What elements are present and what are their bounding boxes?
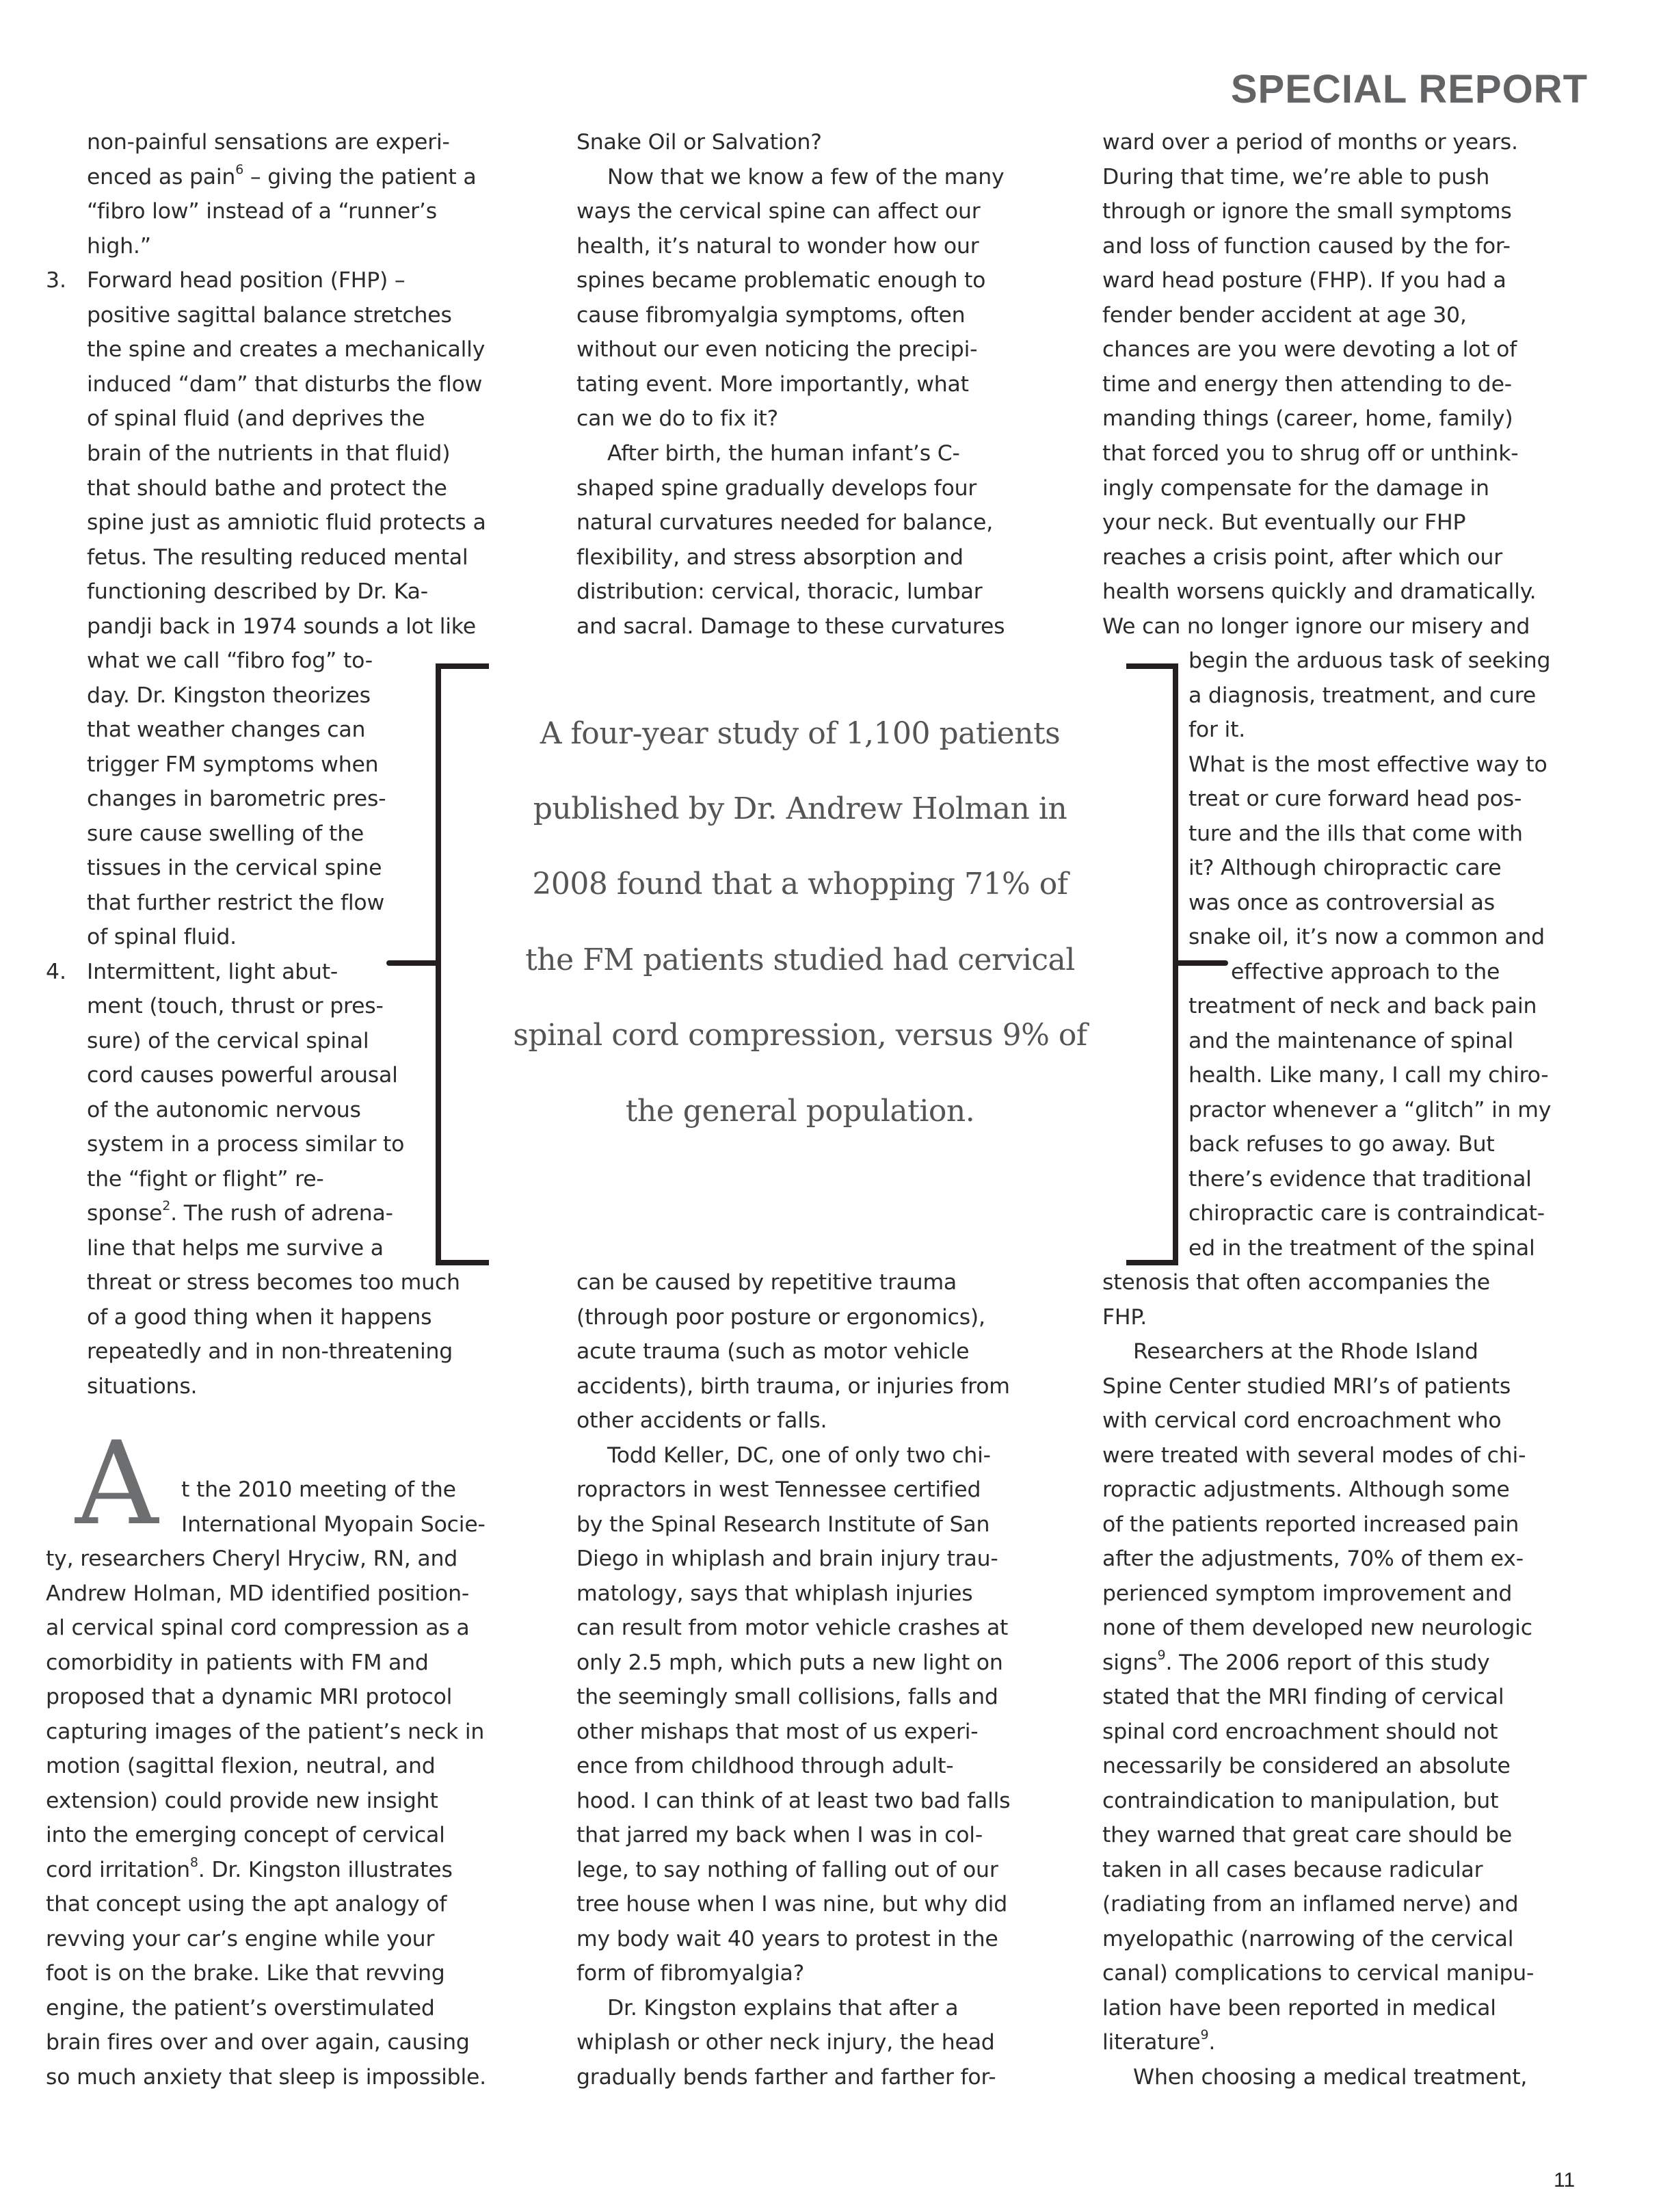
pull-quote-line: the general population. [479, 1091, 1121, 1132]
text-line: other mishaps that most of us experi- [576, 1715, 978, 1749]
text-line: capturing images of the patient’s neck i… [46, 1715, 484, 1749]
text-fragment: – giving the patient a [243, 165, 476, 189]
text-line: Intermittent, light abut- [87, 955, 338, 989]
text-line: During that time, we’re able to push [1102, 160, 1489, 194]
text-line: pandji back in 1974 sounds a lot like [87, 609, 476, 644]
text-line: shaped spine gradually develops four [576, 471, 976, 505]
text-line: that should bathe and protect the [87, 471, 447, 505]
text-line: form of fibromyalgia? [576, 1956, 804, 1990]
text-line: your neck. But eventually our FHP [1102, 505, 1465, 540]
text-line: effective approach to the [1231, 955, 1500, 989]
text-line: enced as pain6 – giving the patient a [87, 160, 477, 194]
text-line: literature9. [1102, 2025, 1215, 2059]
text-line: motion (sagittal flexion, neutral, and [46, 1749, 436, 1783]
left-bracket-top [436, 663, 489, 669]
text-line: Andrew Holman, MD identified position- [46, 1577, 469, 1611]
text-line: system in a process similar to [87, 1127, 404, 1161]
text-line: hood. I can think of at least two bad fa… [576, 1784, 1010, 1818]
text-line: after the adjustments, 70% of them ex- [1102, 1542, 1524, 1576]
text-line: back refuses to go away. But [1188, 1127, 1495, 1161]
text-line: other accidents or falls. [576, 1404, 827, 1438]
text-line: Dr. Kingston explains that after a [607, 1991, 958, 2025]
text-line: health worsens quickly and dramatically. [1102, 575, 1536, 609]
text-line: After birth, the human infant’s C- [607, 436, 960, 471]
text-line: reaches a crisis point, after which our [1102, 540, 1502, 575]
text-fragment: cord irritation [46, 1858, 190, 1882]
text-line: treat or cure forward head pos- [1188, 782, 1522, 816]
text-line: stenosis that often accompanies the [1102, 1265, 1490, 1300]
text-fragment: enced as pain [87, 165, 235, 189]
text-line: stated that the MRI finding of cervical [1102, 1680, 1504, 1714]
right-bracket-bottom [1126, 1260, 1178, 1265]
text-line: chiropractic care is contraindicat- [1188, 1196, 1545, 1230]
text-line: they warned that great care should be [1102, 1818, 1512, 1852]
text-line: (radiating from an inflamed nerve) and [1102, 1887, 1518, 1921]
text-line: functioning described by Dr. Ka- [87, 575, 428, 609]
text-line: When choosing a medical treatment, [1133, 2060, 1527, 2094]
text-line: brain fires over and over again, causing [46, 2025, 470, 2059]
text-line: ingly compensate for the damage in [1102, 471, 1489, 505]
right-bracket-tick [1176, 960, 1228, 966]
section-header: SPECIAL REPORT [1231, 67, 1588, 112]
text-line: that weather changes can [87, 713, 365, 747]
text-line: the “fight or flight” re- [87, 1162, 324, 1196]
text-line: FHP. [1102, 1300, 1147, 1334]
text-line: trigger FM symptoms when [87, 748, 378, 782]
text-line: it? Although chiropractic care [1188, 851, 1502, 885]
text-line: revving your car’s engine while your [46, 1922, 434, 1956]
text-line: that forced you to shrug off or unthink- [1102, 436, 1518, 471]
left-bracket-bottom [436, 1260, 489, 1265]
text-line: tissues in the cervical spine [87, 851, 382, 885]
text-line: Researchers at the Rhode Island [1133, 1334, 1478, 1369]
text-fragment: signs [1102, 1650, 1158, 1675]
text-line: a diagnosis, treatment, and cure [1188, 679, 1536, 713]
text-fragment: . The rush of adrena- [170, 1201, 393, 1226]
text-line: ment (touch, thrust or pres- [87, 989, 384, 1023]
text-line: gradually bends farther and farther for- [576, 2060, 996, 2094]
text-line: Forward head position (FHP) – [87, 263, 405, 298]
text-line: extension) could provide new insight [46, 1784, 438, 1818]
text-line: time and energy then attending to de- [1102, 367, 1512, 401]
text-line: chances are you were devoting a lot of [1102, 332, 1517, 367]
text-line: ward over a period of months or years. [1102, 125, 1518, 159]
text-line: ward head posture (FHP). If you had a [1102, 263, 1506, 298]
text-line: of spinal fluid (and deprives the [87, 401, 425, 436]
text-line: “fibro low” instead of a “runner’s [87, 194, 437, 228]
list-number: 3. [46, 263, 66, 298]
text-line: engine, the patient’s overstimulated [46, 1991, 435, 2025]
text-line: and sacral. Damage to these curvatures [576, 609, 1005, 644]
text-line: ropractic adjustments. Although some [1102, 1473, 1510, 1507]
text-line: proposed that a dynamic MRI protocol [46, 1680, 452, 1714]
pull-quote-line: 2008 found that a whopping 71% of [479, 864, 1121, 905]
text-line: contraindication to manipulation, but [1102, 1784, 1498, 1818]
text-line: day. Dr. Kingston theorizes [87, 679, 371, 713]
text-line: into the emerging concept of cervical [46, 1818, 445, 1852]
text-line: situations. [87, 1369, 197, 1404]
text-line: threat or stress becomes too much [87, 1265, 460, 1300]
text-line: so much anxiety that sleep is impossible… [46, 2060, 486, 2094]
drop-cap: A [75, 1426, 158, 1541]
text-line: can be caused by repetitive trauma [576, 1265, 957, 1300]
text-line: tree house when I was nine, but why did [576, 1887, 1007, 1921]
text-line: begin the arduous task of seeking [1188, 644, 1550, 678]
footnote-ref: 6 [235, 162, 243, 177]
text-line: and loss of function caused by the for- [1102, 229, 1511, 263]
right-bracket-top [1126, 663, 1178, 669]
text-line: We can no longer ignore our misery and [1102, 609, 1530, 644]
text-line: health. Like many, I call my chiro- [1188, 1058, 1548, 1092]
text-line: for it. [1188, 713, 1245, 747]
text-line: ty, researchers Cheryl Hryciw, RN, and [46, 1542, 457, 1576]
text-line: ed in the treatment of the spinal [1188, 1231, 1535, 1265]
pull-quote-line: spinal cord compression, versus 9% of [479, 1015, 1121, 1056]
text-line: (through poor posture or ergonomics), [576, 1300, 985, 1334]
pull-quote-line: published by Dr. Andrew Holman in [479, 789, 1121, 830]
text-line: perienced symptom improvement and [1102, 1577, 1512, 1611]
text-line: that concept using the apt analogy of [46, 1887, 447, 1921]
text-line: accidents), birth trauma, or injuries fr… [576, 1369, 1010, 1404]
text-line: induced “dam” that disturbs the flow [87, 367, 482, 401]
text-line: Diego in whiplash and brain injury trau- [576, 1542, 998, 1576]
text-line: al cervical spinal cord compression as a [46, 1611, 469, 1645]
text-line: and the maintenance of spinal [1188, 1024, 1513, 1058]
list-number: 4. [46, 955, 66, 989]
text-line: spine just as amniotic fluid protects a [87, 505, 486, 540]
text-line: my body wait 40 years to protest in the [576, 1922, 998, 1956]
section-subheading: Snake Oil or Salvation? [576, 125, 822, 159]
text-line: with cervical cord encroachment who [1102, 1404, 1501, 1438]
text-line: t the 2010 meeting of the [181, 1473, 456, 1507]
text-fragment: . The 2006 report of this study [1165, 1650, 1489, 1675]
text-line: comorbidity in patients with FM and [46, 1646, 429, 1680]
text-line: myelopathic (narrowing of the cervical [1102, 1922, 1513, 1956]
text-line: ence from childhood through adult- [576, 1749, 953, 1783]
text-line: spinal cord encroachment should not [1102, 1715, 1498, 1749]
text-line: sure cause swelling of the [87, 817, 364, 851]
text-line: ture and the ills that come with [1188, 817, 1523, 851]
text-line: What is the most effective way to [1188, 748, 1547, 782]
text-line: line that helps me survive a [87, 1231, 384, 1265]
left-bracket-tick [386, 960, 440, 966]
pull-quote-line: A four-year study of 1,100 patients [479, 713, 1121, 754]
text-line: cord causes powerful arousal [87, 1058, 398, 1092]
text-line: by the Spinal Research Institute of San [576, 1507, 989, 1542]
text-line: changes in barometric pres- [87, 782, 386, 816]
text-line: spines became problematic enough to [576, 263, 985, 298]
text-line: the seemingly small collisions, falls an… [576, 1680, 998, 1714]
footnote-ref: 9 [1200, 2027, 1208, 2042]
text-line: brain of the nutrients in that fluid) [87, 436, 450, 471]
text-line: snake oil, it’s now a common and [1188, 920, 1545, 954]
text-line: signs9. The 2006 report of this study [1102, 1646, 1490, 1680]
text-line: canal) complications to cervical manipu- [1102, 1956, 1534, 1990]
text-fragment: literature [1102, 2030, 1200, 2055]
text-line: International Myopain Socie- [181, 1507, 486, 1542]
text-line: sponse2. The rush of adrena- [87, 1196, 393, 1230]
text-line: of spinal fluid. [87, 920, 237, 954]
text-line: fetus. The resulting reduced mental [87, 540, 468, 575]
text-line: through or ignore the small symptoms [1102, 194, 1512, 228]
text-line: Todd Keller, DC, one of only two chi- [607, 1438, 991, 1473]
text-line: lation have been reported in medical [1102, 1991, 1496, 2025]
pull-quote-line: the FM patients studied had cervical [479, 940, 1121, 981]
text-line: necessarily be considered an absolute [1102, 1749, 1511, 1783]
text-line: non-painful sensations are experi- [87, 125, 450, 159]
text-line: treatment of neck and back pain [1188, 989, 1537, 1023]
text-line: Spine Center studied MRI’s of patients [1102, 1369, 1511, 1404]
text-line: can we do to fix it? [576, 401, 778, 436]
text-line: health, it’s natural to wonder how our [576, 229, 979, 263]
text-line: matology, says that whiplash injuries [576, 1577, 973, 1611]
text-line: acute trauma (such as motor vehicle [576, 1334, 969, 1369]
text-fragment: . Dr. Kingston illustrates [198, 1858, 453, 1882]
text-line: that jarred my back when I was in col- [576, 1818, 983, 1852]
text-line: manding things (career, home, family) [1102, 401, 1513, 436]
text-line: practor whenever a “glitch” in my [1188, 1093, 1551, 1127]
text-line: Now that we know a few of the many [607, 160, 1004, 194]
text-line: whiplash or other neck injury, the head [576, 2025, 995, 2059]
text-line: without our even noticing the precipi- [576, 332, 977, 367]
text-line: distribution: cervical, thoracic, lumbar [576, 575, 982, 609]
text-line: only 2.5 mph, which puts a new light on [576, 1646, 1003, 1680]
text-line: cause fibromyalgia symptoms, often [576, 298, 965, 332]
text-line: natural curvatures needed for balance, [576, 505, 993, 540]
text-line: cord irritation8. Dr. Kingston illustrat… [46, 1853, 453, 1887]
text-line: sure) of the cervical spinal [87, 1024, 369, 1058]
text-line: the spine and creates a mechanically [87, 332, 485, 367]
page-number: 11 [1554, 2167, 1575, 2194]
text-line: of the autonomic nervous [87, 1093, 361, 1127]
text-line: foot is on the brake. Like that revving [46, 1956, 445, 1990]
text-line: there’s evidence that traditional [1188, 1162, 1532, 1196]
text-line: can result from motor vehicle crashes at [576, 1611, 1008, 1645]
text-fragment: sponse [87, 1201, 162, 1226]
text-fragment: . [1208, 2030, 1215, 2055]
text-line: positive sagittal balance stretches [87, 298, 452, 332]
text-line: that further restrict the flow [87, 886, 384, 920]
text-line: fender bender accident at age 30, [1102, 298, 1467, 332]
footnote-ref: 2 [162, 1198, 170, 1213]
text-line: none of them developed new neurologic [1102, 1611, 1532, 1645]
text-line: of the patients reported increased pain [1102, 1507, 1519, 1542]
text-line: repeatedly and in non-threatening [87, 1334, 453, 1369]
text-line: was once as controversial as [1188, 886, 1495, 920]
text-line: lege, to say nothing of falling out of o… [576, 1853, 998, 1887]
text-line: ropractors in west Tennessee certified [576, 1473, 981, 1507]
text-line: ways the cervical spine can affect our [576, 194, 981, 228]
footnote-ref: 9 [1158, 1648, 1166, 1663]
text-line: tating event. More importantly, what [576, 367, 969, 401]
footnote-ref: 8 [190, 1855, 198, 1870]
text-line: what we call “fibro fog” to- [87, 644, 373, 678]
text-line: high.” [87, 229, 151, 263]
text-line: were treated with several modes of chi- [1102, 1438, 1526, 1473]
text-line: taken in all cases because radicular [1102, 1853, 1483, 1887]
text-line: flexibility, and stress absorption and [576, 540, 964, 575]
text-line: of a good thing when it happens [87, 1300, 431, 1334]
magazine-page: SPECIAL REPORT non-painful sensations ar… [0, 0, 1674, 2212]
